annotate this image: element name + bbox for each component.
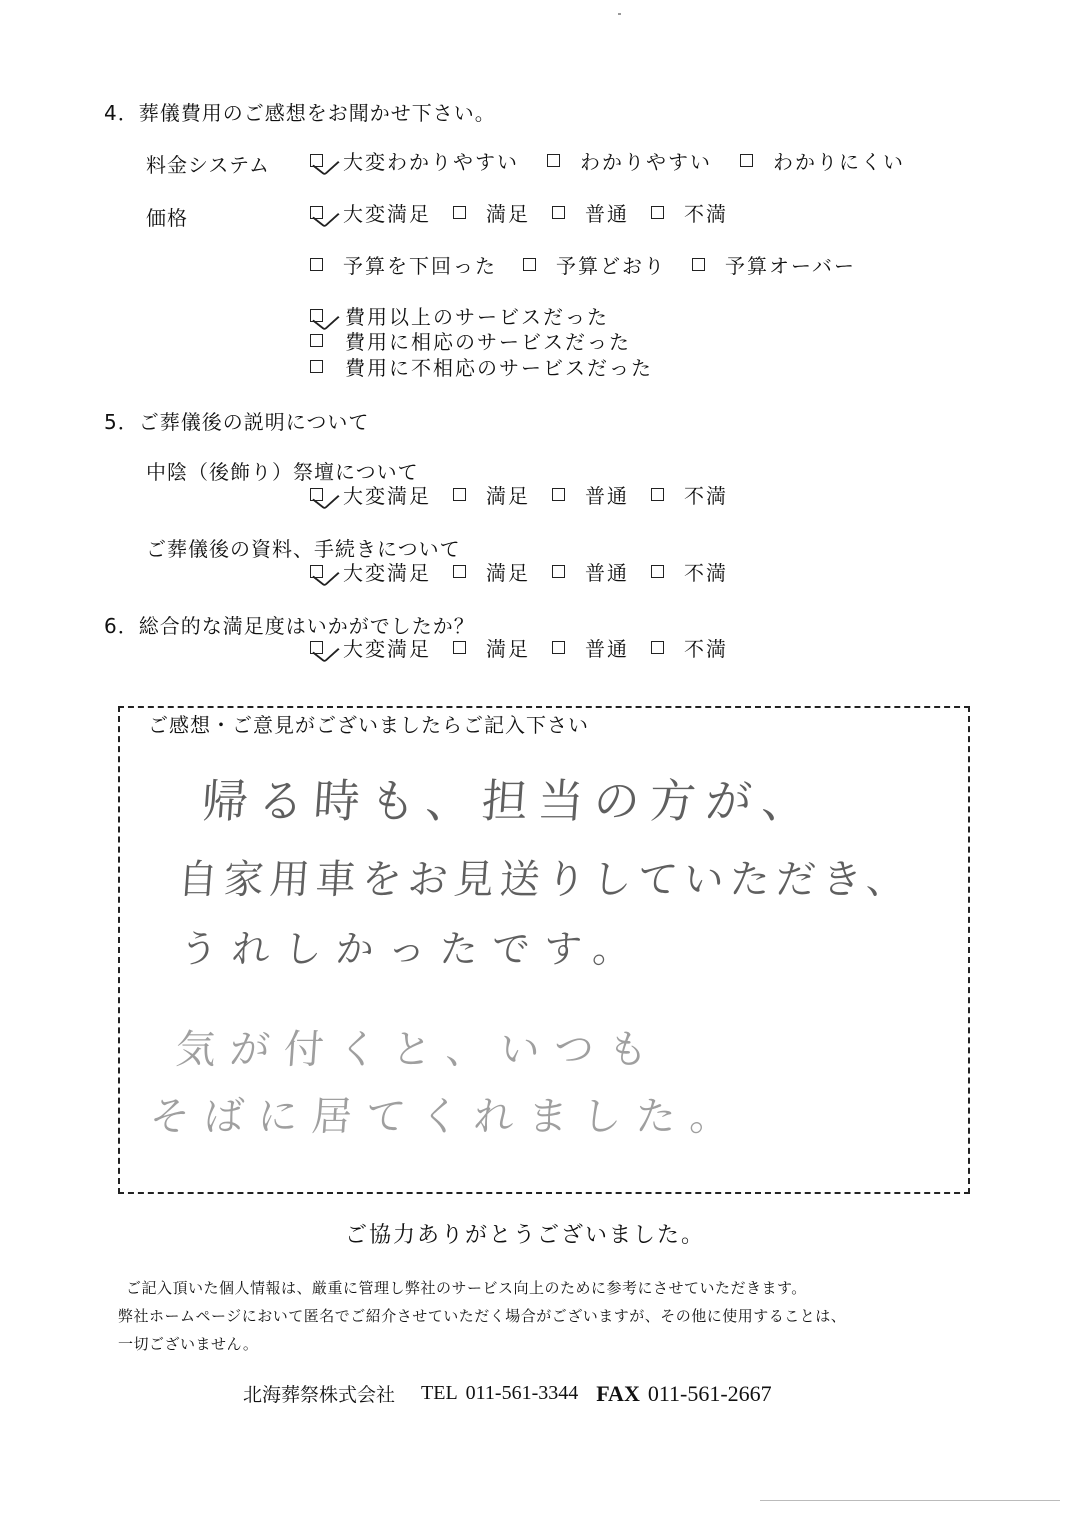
option-label: 満足 [486,198,530,227]
option-label: 予算を下回った [343,250,497,279]
option-satisfied[interactable]: 満足 [453,633,530,662]
option-very-clear[interactable]: 大変わかりやすい [310,146,519,175]
handwritten-line: 気が付くと、いつも [174,1018,664,1075]
option-average[interactable]: 普通 [552,480,629,509]
scan-edge-line [760,1500,1060,1501]
price-options: 大変満足 満足 普通 不満 [310,198,728,227]
option-label: 大変満足 [343,633,431,662]
scan-artifact [618,13,621,15]
checkbox-icon[interactable] [740,154,753,167]
checkbox-icon[interactable] [453,641,466,654]
checkbox-icon[interactable] [453,565,466,578]
fee-system-options: 大変わかりやすい わかりやすい わかりにくい [310,146,905,175]
option-label: 不満 [684,557,728,586]
checkbox-icon[interactable] [651,488,664,501]
company-footer: 北海葬祭株式会社 TEL 011-561-3344 FAX 011-561-26… [243,1380,772,1407]
checkbox-checked-icon[interactable] [310,488,323,501]
overall-options: 大変満足 満足 普通 不満 [310,633,728,662]
checkbox-icon[interactable] [310,258,323,271]
checkbox-icon[interactable] [552,488,565,501]
option-label: 費用に相応のサービスだった [345,326,631,355]
handwritten-line: うれしかったです。 [178,918,647,973]
option-label: 満足 [486,480,530,509]
option-label: 不満 [684,198,728,227]
checkbox-icon[interactable] [552,641,565,654]
option-label: 予算どおり [556,250,666,279]
option-over-budget[interactable]: 予算オーバー [692,250,856,279]
option-label: 費用に不相応のサービスだった [345,352,653,381]
option-unclear[interactable]: わかりにくい [740,146,905,175]
option-label: 大変わかりやすい [343,146,519,175]
option-label: わかりやすい [580,146,712,175]
option-clear[interactable]: わかりやすい [547,146,712,175]
privacy-notice-line: ご記入頂いた個人情報は、厳重に管理し弊社のサービス向上のために参考にさせていただ… [126,1277,807,1298]
option-label: 不満 [684,633,728,662]
checkbox-icon[interactable] [692,258,705,271]
checkbox-icon[interactable] [523,258,536,271]
question-5: 5．ご葬儀後の説明について [104,406,369,435]
checkbox-icon[interactable] [453,488,466,501]
checkbox-checked-icon[interactable] [310,154,323,167]
fax-number: 011-561-2667 [648,1381,772,1407]
tel-number: 011-561-3344 [466,1382,579,1405]
option-dissatisfied[interactable]: 不満 [651,198,728,227]
option-satisfied[interactable]: 満足 [453,557,530,586]
question-4: 4．葬儀費用のご感想をお聞かせ下さい。 [104,97,496,126]
option-satisfied[interactable]: 満足 [453,480,530,509]
option-very-satisfied[interactable]: 大変満足 [310,557,431,586]
option-dissatisfied[interactable]: 不満 [651,557,728,586]
documents-options: 大変満足 満足 普通 不満 [310,557,728,586]
option-dissatisfied[interactable]: 不満 [651,633,728,662]
option-label: 普通 [585,557,629,586]
option-label: 予算オーバー [725,250,856,279]
option-label: 普通 [585,480,629,509]
option-label: 大変満足 [343,557,431,586]
handwritten-line: 自家用車をお見送りしていただき、 [176,848,914,905]
checkbox-checked-icon[interactable] [310,565,323,578]
budget-options: 予算を下回った 予算どおり 予算オーバー [310,250,856,279]
price-label: 価格 [146,202,188,231]
thanks-message: ご協力ありがとうございました。 [345,1218,705,1249]
checkbox-icon[interactable] [547,154,560,167]
option-label: 満足 [486,557,530,586]
option-under-budget[interactable]: 予算を下回った [310,250,497,279]
option-on-budget[interactable]: 予算どおり [523,250,666,279]
value-option-unfair[interactable]: 費用に不相応のサービスだった [310,352,653,381]
checkbox-icon[interactable] [651,565,664,578]
option-label: 大変満足 [343,198,431,227]
option-very-satisfied[interactable]: 大変満足 [310,480,431,509]
checkbox-icon[interactable] [310,334,323,347]
checkbox-checked-icon[interactable] [310,206,323,219]
option-label: 普通 [585,198,629,227]
privacy-notice-line: 弊社ホームページにおいて匿名でご紹介させていただく場合がございますが、その他に使… [118,1305,846,1326]
option-dissatisfied[interactable]: 不満 [651,480,728,509]
option-very-satisfied[interactable]: 大変満足 [310,198,431,227]
checkbox-icon[interactable] [552,565,565,578]
checkbox-checked-icon[interactable] [310,641,323,654]
option-satisfied[interactable]: 満足 [453,198,530,227]
option-label: 満足 [486,633,530,662]
handwritten-line: そばに居てくれました。 [148,1085,746,1142]
option-average[interactable]: 普通 [552,633,629,662]
option-label: わかりにくい [773,146,905,175]
comment-heading: ご感想・ご意見がございましたらご記入下さい [148,709,589,738]
company-name: 北海葬祭株式会社 [243,1380,395,1407]
option-label: 普通 [585,633,629,662]
option-label: 不満 [684,480,728,509]
value-option-fair[interactable]: 費用に相応のサービスだった [310,326,631,355]
privacy-notice-line: 一切ございません。 [118,1333,258,1354]
checkbox-icon[interactable] [651,206,664,219]
altar-options: 大変満足 満足 普通 不満 [310,480,728,509]
checkbox-icon[interactable] [453,206,466,219]
option-average[interactable]: 普通 [552,198,629,227]
checkbox-checked-icon[interactable] [310,309,323,322]
option-very-satisfied[interactable]: 大変満足 [310,633,431,662]
checkbox-icon[interactable] [552,206,565,219]
tel-label: TEL [421,1382,458,1405]
option-label: 大変満足 [343,480,431,509]
checkbox-icon[interactable] [310,360,323,373]
fee-system-label: 料金システム [146,149,270,178]
option-average[interactable]: 普通 [552,557,629,586]
checkbox-icon[interactable] [651,641,664,654]
handwritten-line: 帰る時も、担当の方が、 [200,765,821,831]
fax-label: FAX [596,1381,640,1407]
